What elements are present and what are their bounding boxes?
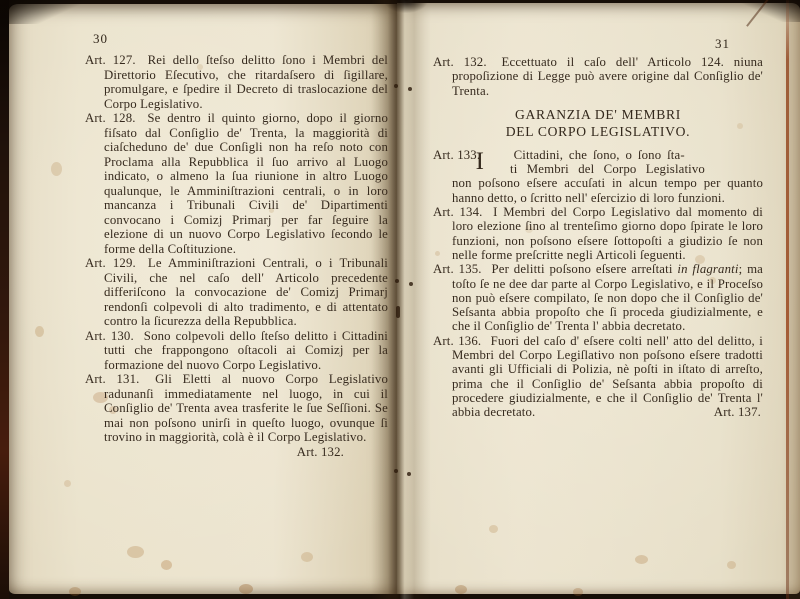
page-number-right: 31: [715, 36, 730, 52]
article-127: Art. 127. Rei dello ſteſso delitto ſono …: [85, 53, 388, 111]
right-page-edge-strip: [789, 0, 800, 599]
top-right-corner-shadow: [736, 0, 800, 22]
book-spread-photo: 30 Art. 127. Rei dello ſteſso delitto ſo…: [0, 0, 800, 599]
section-heading-line2: DEL CORPO LEGISLATIVO.: [433, 123, 763, 140]
catchword-right: Art. 137.: [733, 405, 763, 419]
article-128: Art. 128. Se dentro il quinto giorno, do…: [85, 111, 388, 256]
binding-stitch: [407, 472, 411, 476]
article-135: Art. 135. Per delitti poſsono eſsere arr…: [433, 262, 763, 333]
article-131-text: Gli Eletti al nuovo Corpo Legislativo ra…: [104, 372, 388, 444]
article-129-label: Art. 129.: [85, 256, 136, 270]
right-page: 31 Art. 132. Eccettuato il caſo dell' Ar…: [397, 3, 800, 594]
article-135-label: Art. 135.: [433, 262, 482, 276]
binding-stitch: [408, 87, 412, 91]
article-127-text: Rei dello ſteſso delitto ſono i Membri d…: [104, 53, 388, 111]
article-128-label: Art. 128.: [85, 111, 136, 125]
stain: [573, 588, 583, 596]
right-page-text-block: Art. 132. Eccettuato il caſo dell' Artic…: [433, 55, 763, 420]
stain: [127, 546, 144, 558]
top-left-corner-shadow: [0, 0, 95, 24]
article-136-label: Art. 136.: [433, 334, 481, 348]
article-128-text: Se dentro il quinto giorno, dopo il gior…: [104, 111, 388, 256]
article-133-line2: ti Membri del Corpo Legislativo: [510, 162, 705, 176]
article-130-text: Sono colpevoli dello ſteſso delitto i Ci…: [104, 329, 388, 372]
page-number-left: 30: [93, 31, 108, 47]
left-page: 30 Art. 127. Rei dello ſteſso delitto ſo…: [9, 4, 397, 594]
article-135-italic-phrase: in flagranti: [677, 262, 738, 276]
binding-stitch: [394, 84, 398, 88]
stain: [51, 162, 62, 176]
stain: [301, 552, 313, 562]
stain: [489, 525, 498, 533]
article-130: Art. 130. Sono colpevoli dello ſteſso de…: [85, 329, 388, 373]
article-134: Art. 134. I Membri del Corpo Legislativo…: [433, 205, 763, 262]
stain: [161, 560, 172, 570]
article-133-rest: non poſsono eſsere accuſati in alcun tem…: [452, 176, 763, 204]
article-129: Art. 129. Le Amminiſtrazioni Centrali, o…: [85, 256, 388, 329]
article-132-text: Eccettuato il caſo dell' Articolo 124. n…: [452, 55, 763, 98]
gutter-top-shadow: [384, 0, 428, 13]
article-129-text: Le Amminiſtrazioni Centrali, o i Tribuna…: [104, 256, 388, 328]
binding-stitch: [396, 306, 400, 318]
article-133-line1: Cittadini, che ſono, o ſono ſta-: [514, 148, 685, 162]
stain: [35, 326, 44, 337]
section-heading-line1: GARANZIA DE' MEMBRI: [433, 106, 763, 123]
article-132-label: Art. 132.: [433, 55, 487, 69]
right-fore-edge-line: [786, 0, 789, 599]
article-131-label: Art. 131.: [85, 372, 140, 386]
stain: [239, 584, 253, 594]
stain: [64, 480, 71, 487]
stain: [727, 561, 736, 569]
binding-stitch: [394, 469, 398, 473]
article-135-text-1: Per delitti poſsono eſsere arreſtati: [491, 262, 672, 276]
catchword-left: Art. 132.: [85, 445, 388, 460]
left-fore-edge: [0, 0, 9, 599]
article-132: Art. 132. Eccettuato il caſo dell' Artic…: [433, 55, 763, 98]
left-page-text-block: Art. 127. Rei dello ſteſso delitto ſono …: [85, 53, 388, 459]
dropcap-initial: I: [495, 149, 508, 160]
stain: [635, 555, 648, 564]
binding-stitch: [395, 279, 399, 283]
article-133: Art. 133. ICittadini, che ſono, o ſono ſ…: [433, 148, 763, 205]
article-133-label: Art. 133.: [433, 148, 480, 162]
binding-stitch: [409, 282, 413, 286]
article-130-label: Art. 130.: [85, 329, 134, 343]
article-136: Art. 136. Fuori del caſo d' eſsere colti…: [433, 334, 763, 420]
stain: [69, 587, 81, 596]
stain: [455, 585, 467, 594]
article-134-label: Art. 134.: [433, 205, 483, 219]
article-127-label: Art. 127.: [85, 53, 136, 67]
article-134-text: I Membri del Corpo Legislativo dal momen…: [452, 205, 763, 262]
article-131: Art. 131. Gli Eletti al nuovo Corpo Legi…: [85, 372, 388, 445]
section-heading: GARANZIA DE' MEMBRI DEL CORPO LEGISLATIV…: [433, 106, 763, 140]
